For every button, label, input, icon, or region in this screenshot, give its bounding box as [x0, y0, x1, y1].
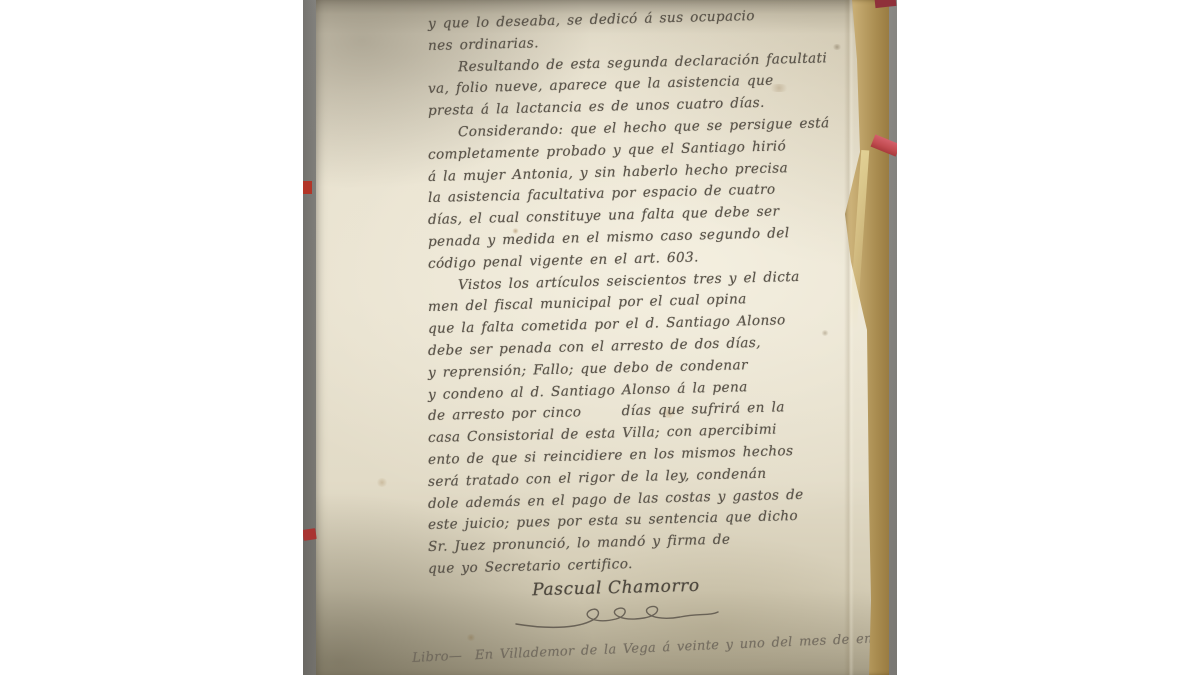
- letterbox-right: [897, 0, 1200, 675]
- letterbox-left: [0, 0, 303, 675]
- manuscript-page: y que lo deseaba, se dedicó á sus ocupac…: [316, 0, 888, 675]
- manuscript-photo: y que lo deseaba, se dedicó á sus ocupac…: [303, 0, 897, 675]
- foxing-stain: [466, 634, 476, 641]
- screenshot-stage: y que lo deseaba, se dedicó á sus ocupac…: [0, 0, 1200, 675]
- rubric-flourish-icon: [512, 600, 722, 634]
- handwriting-block: y que lo deseaba, se dedicó á sus ocupac…: [428, 14, 848, 581]
- red-ribbon-left-upper: [303, 181, 312, 194]
- foxing-stain: [376, 478, 388, 487]
- next-entry-partial-line: Libro— En Villademor de la Vega á veinte…: [412, 631, 882, 666]
- red-ribbon-left-lower: [303, 528, 317, 541]
